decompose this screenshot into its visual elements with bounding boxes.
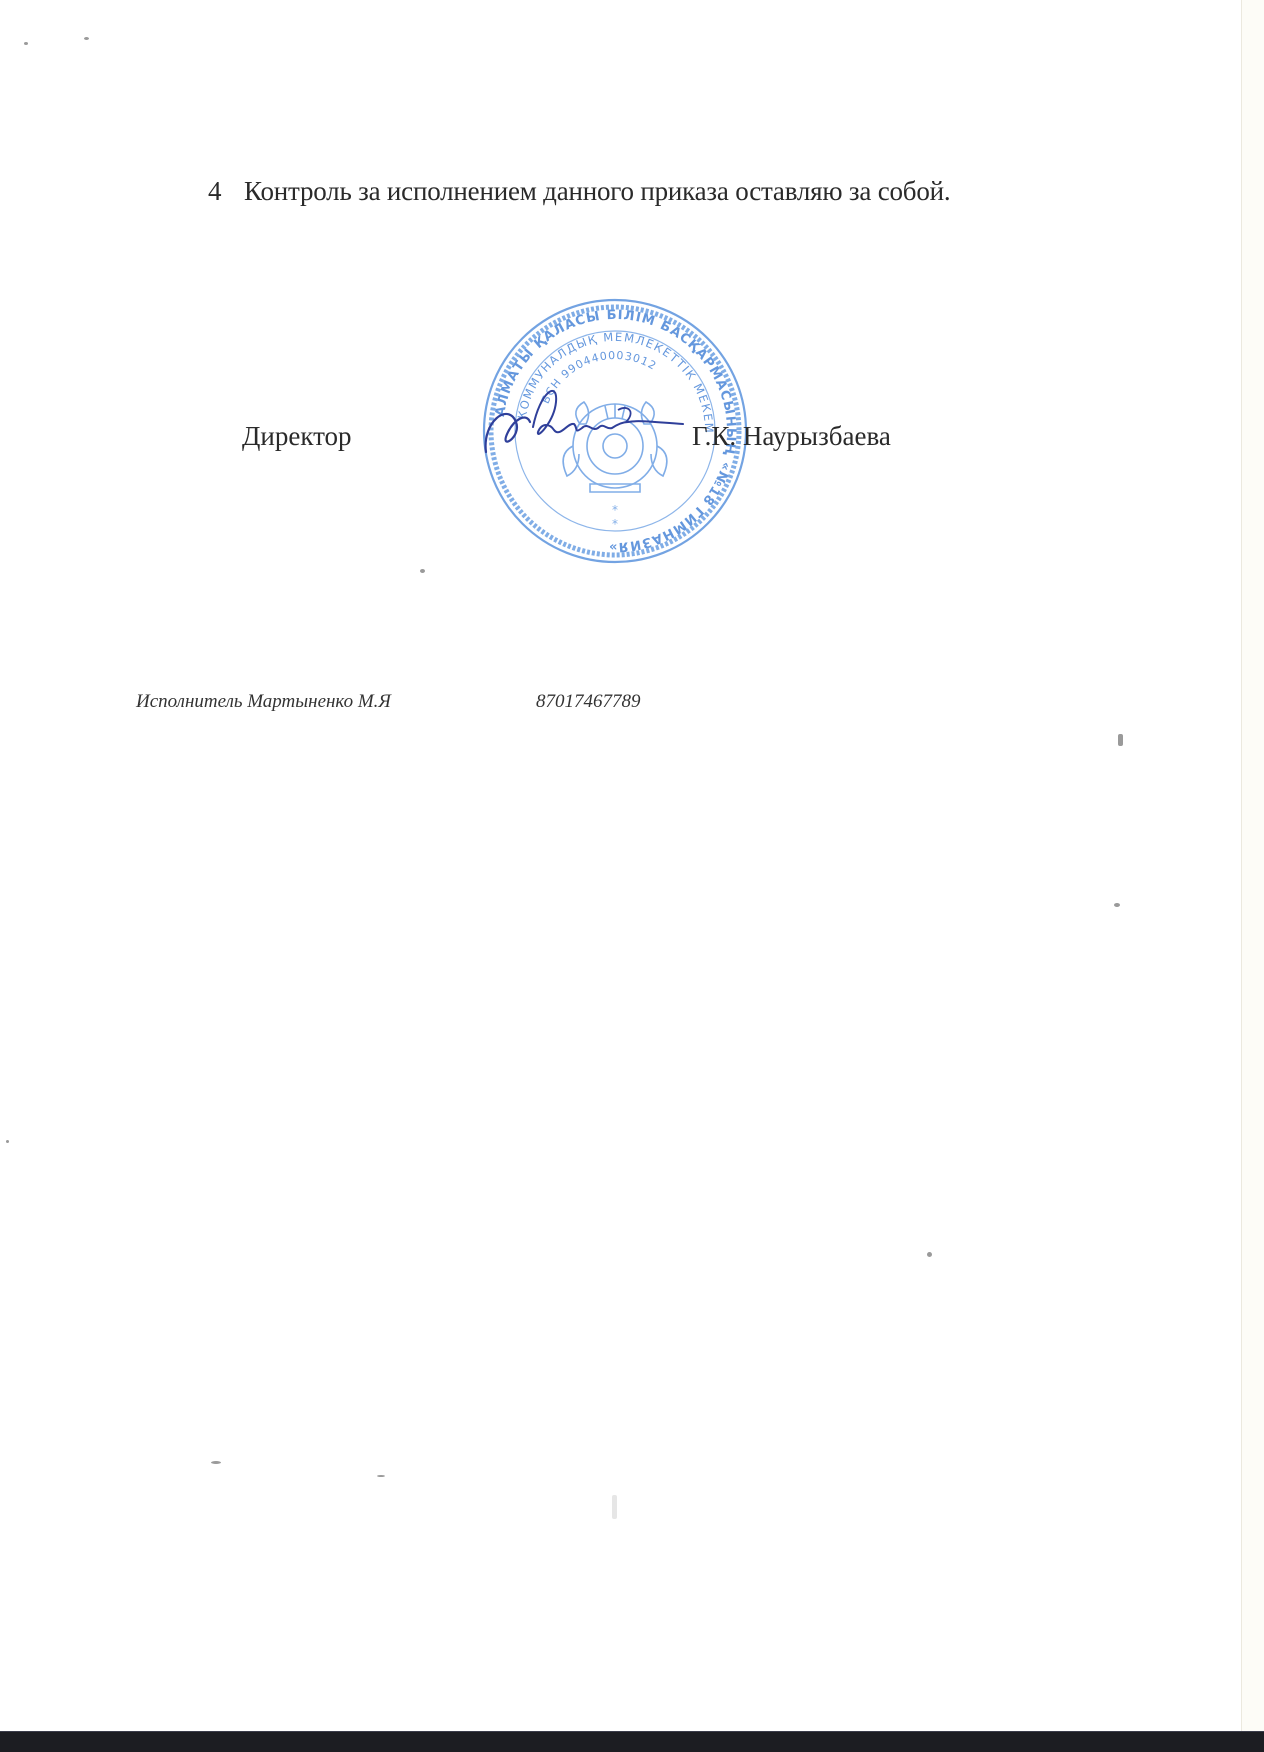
svg-text:*: * <box>612 503 618 517</box>
scan-speck <box>612 1495 617 1519</box>
scan-speck <box>1114 903 1120 907</box>
scan-speck <box>377 1475 385 1477</box>
paragraph-number: 4 <box>208 176 244 207</box>
scan-page-edge <box>1241 0 1264 1733</box>
scan-speck <box>927 1252 932 1257</box>
scan-speck <box>211 1461 221 1464</box>
scan-speck <box>6 1140 9 1143</box>
paragraph-4: 4Контроль за исполнением данного приказа… <box>208 176 950 207</box>
document-page: 4Контроль за исполнением данного приказа… <box>0 0 1264 1752</box>
scan-speck <box>420 569 425 573</box>
signatory-title: Директор <box>242 421 352 452</box>
paragraph-text: Контроль за исполнением данного приказа … <box>244 176 950 206</box>
scan-speck <box>1118 734 1123 746</box>
scan-speck <box>84 37 89 40</box>
handwritten-signature-icon <box>478 382 693 462</box>
scanner-border <box>0 1731 1264 1752</box>
executor-phone: 87017467789 <box>536 691 641 713</box>
executor-label: Исполнитель Мартыненко М.Я <box>136 691 391 713</box>
signatory-name: Г.К. Наурызбаева <box>692 421 891 452</box>
scan-speck <box>24 42 28 45</box>
svg-text:*: * <box>612 517 618 531</box>
